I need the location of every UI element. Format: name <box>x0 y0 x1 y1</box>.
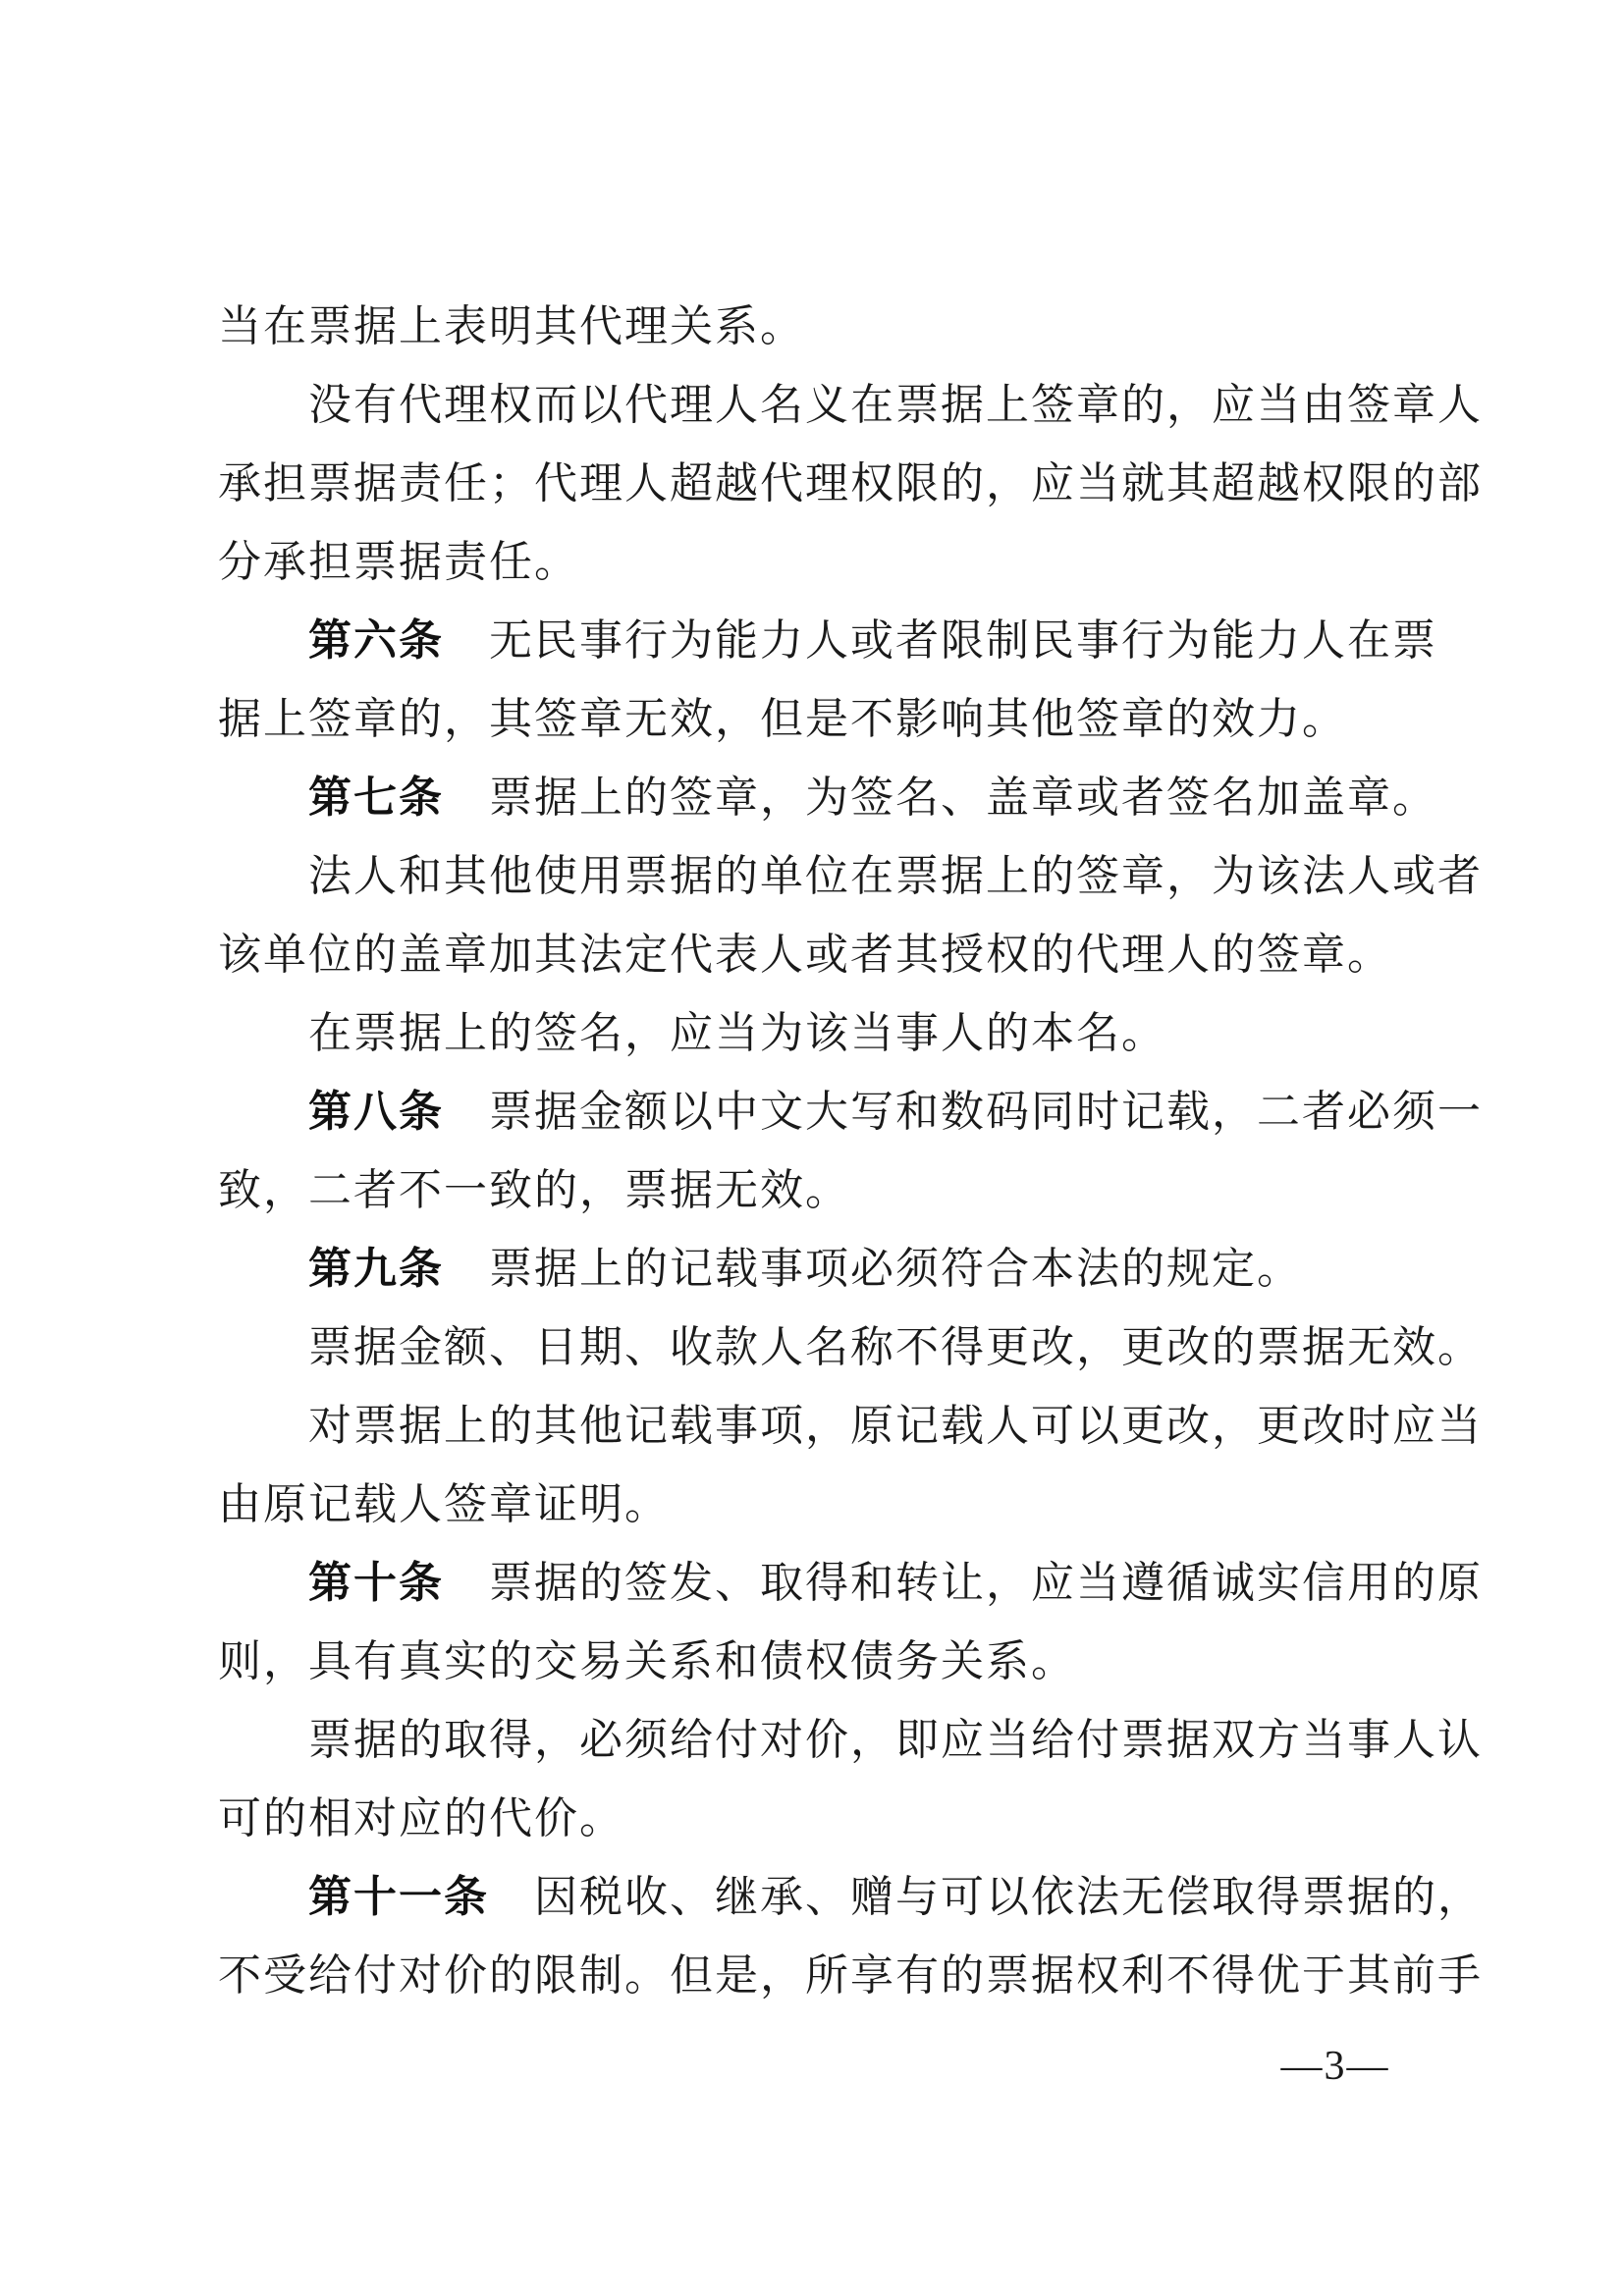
page-number: —3— <box>1276 2042 1394 2091</box>
text-line: 承担票据责任；代理人超越代理权限的，应当就其超越权限的部 <box>218 445 1494 523</box>
text-line: 票据的取得，必须给付对价，即应当给付票据双方当事人认 <box>218 1701 1494 1780</box>
article-number: 第九条 <box>308 1245 444 1293</box>
article-heading-line: 第六条 无民事行为能力人或者限制民事行为能力人在票 <box>218 602 1494 680</box>
article-heading-line: 第八条 票据金额以中文大写和数码同时记载，二者必须一 <box>218 1073 1494 1151</box>
article-heading-line: 第十条 票据的签发、取得和转让，应当遵循诚实信用的原 <box>218 1544 1494 1623</box>
text-line: 该单位的盖章加其法定代表人或者其授权的代理人的签章。 <box>218 916 1494 994</box>
article-heading-line: 第九条 票据上的记载事项必须符合本法的规定。 <box>218 1230 1494 1308</box>
text-line: 致，二者不一致的，票据无效。 <box>218 1151 1494 1230</box>
article-number: 第七条 <box>308 774 444 822</box>
document-page: 当在票据上表明其代理关系。没有代理权而以代理人名义在票据上签章的，应当由签章人承… <box>0 0 1624 2296</box>
text-line: 可的相对应的代价。 <box>218 1780 1494 1858</box>
text-line: 分承担票据责任。 <box>218 523 1494 602</box>
article-number: 第八条 <box>308 1088 444 1136</box>
text-line: 由原记载人签章证明。 <box>218 1466 1494 1544</box>
article-number: 第十一条 <box>308 1873 489 1921</box>
text-line: 票据金额、日期、收款人名称不得更改，更改的票据无效。 <box>218 1308 1494 1387</box>
text-line: 法人和其他使用票据的单位在票据上的签章，为该法人或者 <box>218 837 1494 916</box>
article-number: 第十条 <box>308 1559 444 1607</box>
article-number: 第六条 <box>308 616 444 665</box>
text-line: 则，具有真实的交易关系和债权债务关系。 <box>218 1623 1494 1701</box>
text-line: 不受给付对价的限制。但是，所享有的票据权利不得优于其前手 <box>218 1937 1494 2015</box>
text-line: 在票据上的签名，应当为该当事人的本名。 <box>218 994 1494 1073</box>
article-heading-line: 第七条 票据上的签章，为签名、盖章或者签名加盖章。 <box>218 759 1494 837</box>
text-line: 据上签章的，其签章无效，但是不影响其他签章的效力。 <box>218 680 1494 759</box>
article-heading-line: 第十一条 因税收、继承、赠与可以依法无偿取得票据的， <box>218 1858 1494 1937</box>
text-line: 当在票据上表明其代理关系。 <box>218 288 1494 366</box>
text-line: 对票据上的其他记载事项，原记载人可以更改，更改时应当 <box>218 1387 1494 1466</box>
text-line: 没有代理权而以代理人名义在票据上签章的，应当由签章人 <box>218 366 1494 445</box>
document-body: 当在票据上表明其代理关系。没有代理权而以代理人名义在票据上签章的，应当由签章人承… <box>218 288 1494 2015</box>
